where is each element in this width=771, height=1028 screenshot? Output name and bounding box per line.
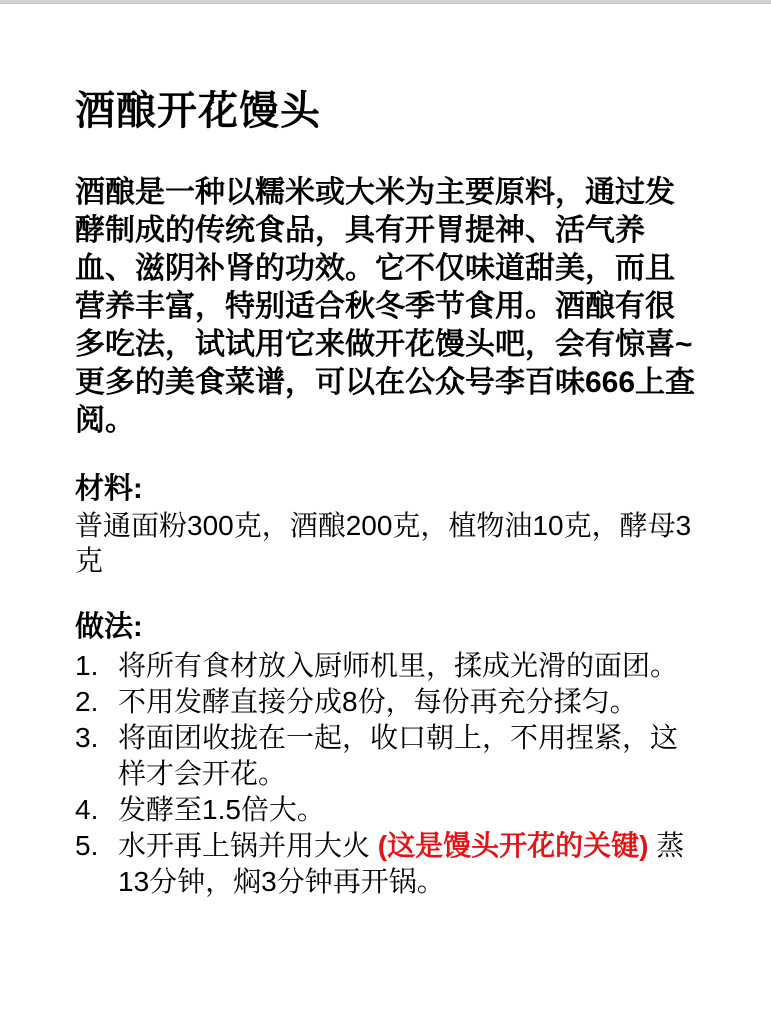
step-item-2: 2. 不用发酵直接分成8份，每份再充分揉匀。 <box>75 684 703 720</box>
materials-heading: 材料: <box>75 472 703 506</box>
step-text: 不用发酵直接分成8份，每份再充分揉匀。 <box>118 684 703 720</box>
step-text: 水开再上锅并用大火 <box>118 830 378 861</box>
recipe-intro-paragraph: 酒酿是一种以糯米或大米为主要原料，通过发酵制成的传统食品，具有开胃提神、活气养血… <box>75 174 703 440</box>
method-heading: 做法: <box>75 610 703 644</box>
materials-section: 材料: 普通面粉300克，酒酿200克，植物油10克，酵母3克 <box>75 472 703 578</box>
step-number: 2. <box>75 684 118 720</box>
step-number: 5. <box>75 828 118 864</box>
step-number: 4. <box>75 792 118 828</box>
step-item-3: 3. 将面团收拢在一起，收口朝上，不用捏紧，这样才会开花。 <box>75 720 703 792</box>
step-item-1: 1. 将所有食材放入厨师机里，揉成光滑的面团。 <box>75 648 703 684</box>
step-item-5: 5. 水开再上锅并用大火 (这是馒头开花的关键) 蒸13分钟，焖3分钟再开锅。 <box>75 828 703 900</box>
method-section: 做法: 1. 将所有食材放入厨师机里，揉成光滑的面团。 2. 不用发酵直接分成8… <box>75 610 703 900</box>
step-text: 将所有食材放入厨师机里，揉成光滑的面团。 <box>118 648 703 684</box>
step-text-group: 水开再上锅并用大火 (这是馒头开花的关键) 蒸13分钟，焖3分钟再开锅。 <box>118 828 703 900</box>
step-text: 将面团收拢在一起，收口朝上，不用捏紧，这样才会开花。 <box>118 720 703 792</box>
step-highlight-text: (这是馒头开花的关键) <box>378 830 649 861</box>
step-text: 发酵至1.5倍大。 <box>118 792 703 828</box>
recipe-title: 酒酿开花馒头 <box>75 88 703 134</box>
method-steps-list: 1. 将所有食材放入厨师机里，揉成光滑的面团。 2. 不用发酵直接分成8份，每份… <box>75 648 703 900</box>
recipe-page: 酒酿开花馒头 酒酿是一种以糯米或大米为主要原料，通过发酵制成的传统食品，具有开胃… <box>0 0 771 1028</box>
step-item-4: 4. 发酵至1.5倍大。 <box>75 792 703 828</box>
step-number: 3. <box>75 720 118 756</box>
materials-text: 普通面粉300克，酒酿200克，植物油10克，酵母3克 <box>75 508 703 578</box>
step-number: 1. <box>75 648 118 684</box>
recipe-content: 酒酿开花馒头 酒酿是一种以糯米或大米为主要原料，通过发酵制成的传统食品，具有开胃… <box>0 4 771 900</box>
